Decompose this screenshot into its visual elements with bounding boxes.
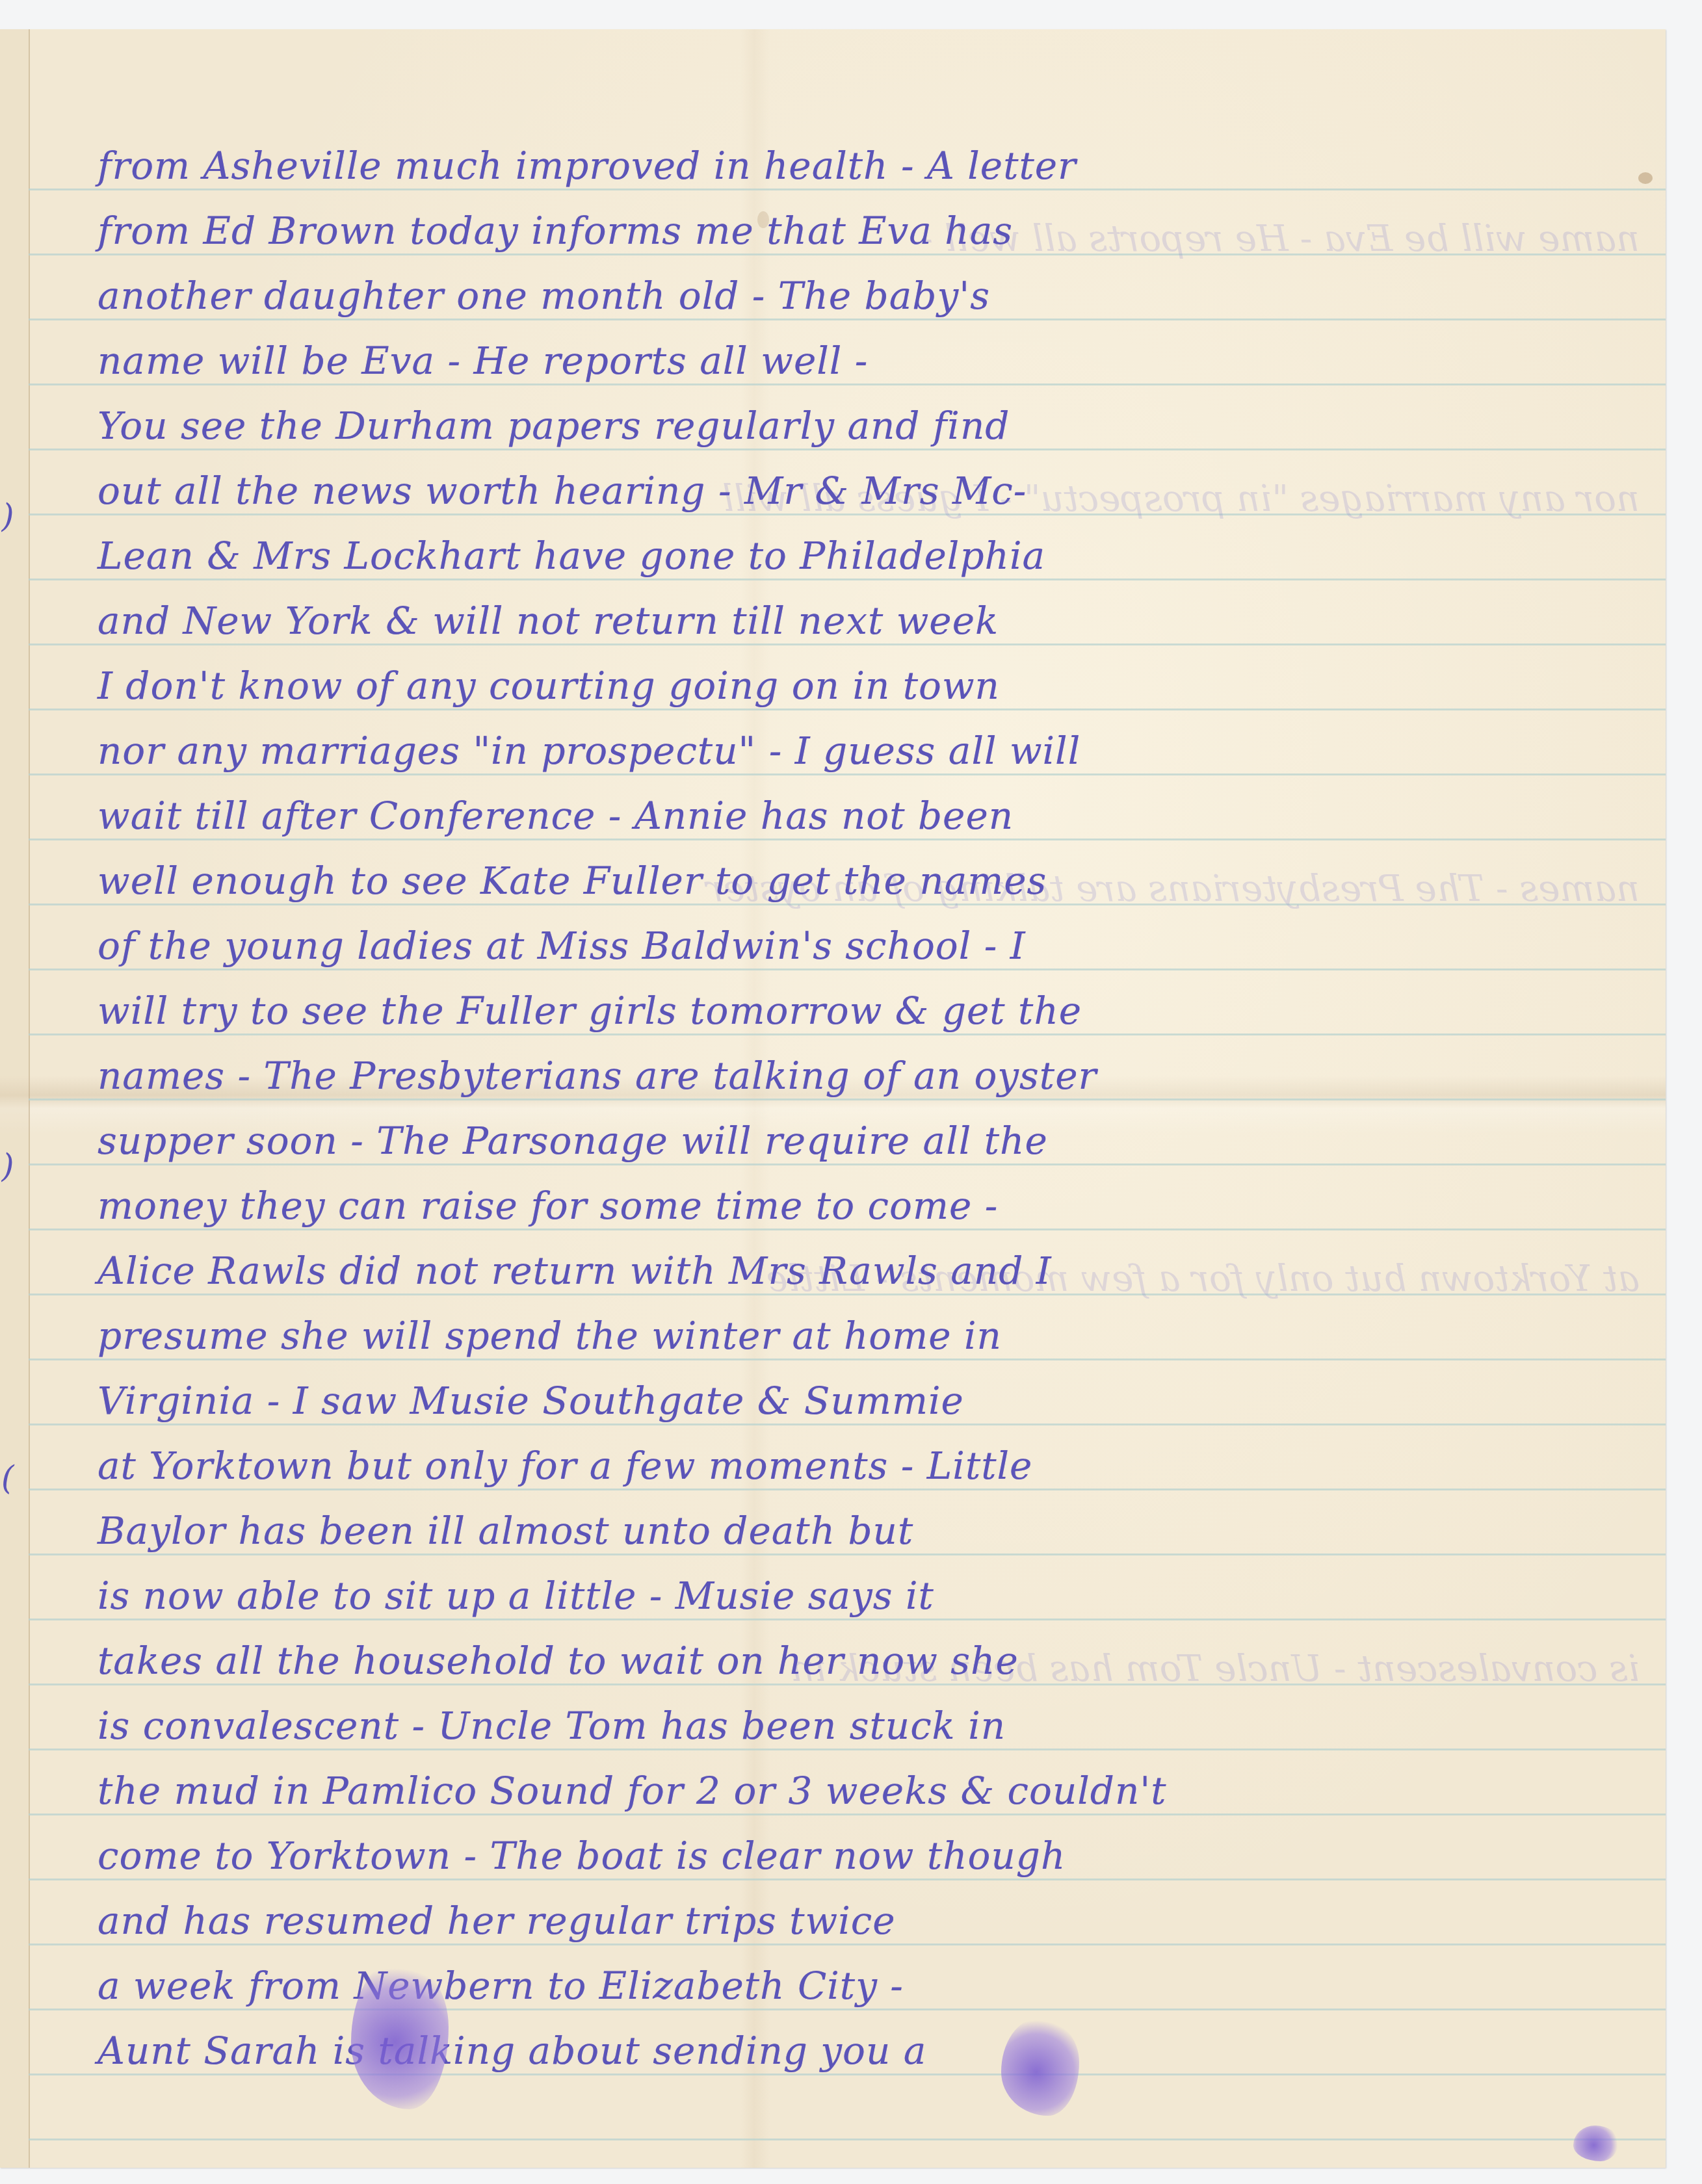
letter-line-19: presume she will spend the winter at hom… xyxy=(98,1313,1640,1358)
ruled-line xyxy=(29,968,1666,970)
letter-line-6: out all the news worth hearing - Mr & Mr… xyxy=(98,468,1640,513)
ruled-line xyxy=(29,1098,1666,1100)
letter-line-12: well enough to see Kate Fuller to get th… xyxy=(98,858,1640,903)
ruled-line xyxy=(29,838,1666,840)
letter-line-18: Alice Rawls did not return with Mrs Rawl… xyxy=(98,1248,1640,1293)
ruled-line xyxy=(29,708,1666,710)
letter-line-23: is now able to sit up a little - Musie s… xyxy=(98,1573,1640,1618)
letter-line-30: Aunt Sarah is talking about sending you … xyxy=(98,2028,1640,2073)
ruled-line xyxy=(29,1943,1666,1945)
letter-line-22: Baylor has been ill almost unto death bu… xyxy=(98,1508,1640,1553)
letter-line-20: Virginia - I saw Musie Southgate & Summi… xyxy=(98,1378,1640,1423)
ruled-line xyxy=(29,1163,1666,1165)
ruled-line xyxy=(29,1748,1666,1750)
ruled-line xyxy=(29,1813,1666,1815)
ruled-line xyxy=(29,1228,1666,1230)
letter-line-26: the mud in Pamlico Sound for 2 or 3 week… xyxy=(98,1768,1640,1813)
ruled-line xyxy=(29,2138,1666,2140)
letter-line-8: and New York & will not return till next… xyxy=(98,598,1640,643)
letter-line-13: of the young ladies at Miss Baldwin's sc… xyxy=(98,923,1640,968)
ruled-line xyxy=(29,448,1666,450)
letter-line-25: is convalescent - Uncle Tom has been stu… xyxy=(98,1703,1640,1748)
ruled-line xyxy=(29,383,1666,385)
adjacent-page-fold xyxy=(0,29,30,2168)
ink-blot xyxy=(351,1960,449,2109)
ruled-line xyxy=(29,1358,1666,1360)
ruled-line xyxy=(29,2008,1666,2010)
ruled-line xyxy=(29,773,1666,775)
ink-blot xyxy=(1001,2018,1079,2116)
ruled-line xyxy=(29,1033,1666,1035)
ruled-line xyxy=(29,318,1666,320)
letter-line-28: and has resumed her regular trips twice xyxy=(98,1898,1640,1943)
ruled-line xyxy=(29,1618,1666,1620)
letter-line-14: will try to see the Fuller girls tomorro… xyxy=(98,988,1640,1033)
letter-line-27: come to Yorktown - The boat is clear now… xyxy=(98,1833,1640,1878)
letter-line-4: name will be Eva - He reports all well - xyxy=(98,338,1640,383)
letter-line-17: money they can raise for some time to co… xyxy=(98,1183,1640,1228)
ruled-line xyxy=(29,2073,1666,2075)
margin-fragment: ( xyxy=(1,1459,27,1497)
letter-line-15: names - The Presbyterians are talking of… xyxy=(98,1053,1640,1098)
ruled-line xyxy=(29,578,1666,580)
paper-stain xyxy=(1638,172,1653,184)
letter-line-29: a week from Newbern to Elizabeth City - xyxy=(98,1963,1640,2008)
letter-line-5: You see the Durham papers regularly and … xyxy=(98,403,1640,448)
letter-line-1: from Asheville much improved in health -… xyxy=(98,143,1640,188)
ruled-line xyxy=(29,1878,1666,1880)
ruled-line xyxy=(29,1488,1666,1490)
margin-fragment: ) xyxy=(1,497,27,535)
letter-line-11: wait till after Conference - Annie has n… xyxy=(98,793,1640,838)
ruled-line xyxy=(29,1553,1666,1555)
letter-line-3: another daughter one month old - The bab… xyxy=(98,273,1640,318)
ink-blot xyxy=(1573,2125,1619,2161)
letter-line-24: takes all the household to wait on her n… xyxy=(98,1638,1640,1683)
ruled-line xyxy=(29,643,1666,645)
letter-line-9: I don't know of any courting going on in… xyxy=(98,663,1640,708)
margin-fragment: ) xyxy=(1,1147,27,1185)
letter-line-16: supper soon - The Parsonage will require… xyxy=(98,1118,1640,1163)
letter-line-7: Lean & Mrs Lockhart have gone to Philade… xyxy=(98,533,1640,578)
ruled-line xyxy=(29,1423,1666,1425)
ruled-line xyxy=(29,188,1666,190)
paper-stain xyxy=(757,211,769,228)
letter-line-10: nor any marriages "in prospectu" - I gue… xyxy=(98,728,1640,773)
letter-line-21: at Yorktown but only for a few moments -… xyxy=(98,1443,1640,1488)
letter-page: name will be Eva - He reports all well -… xyxy=(0,29,1666,2168)
letter-line-2: from Ed Brown today informs me that Eva … xyxy=(98,208,1640,253)
